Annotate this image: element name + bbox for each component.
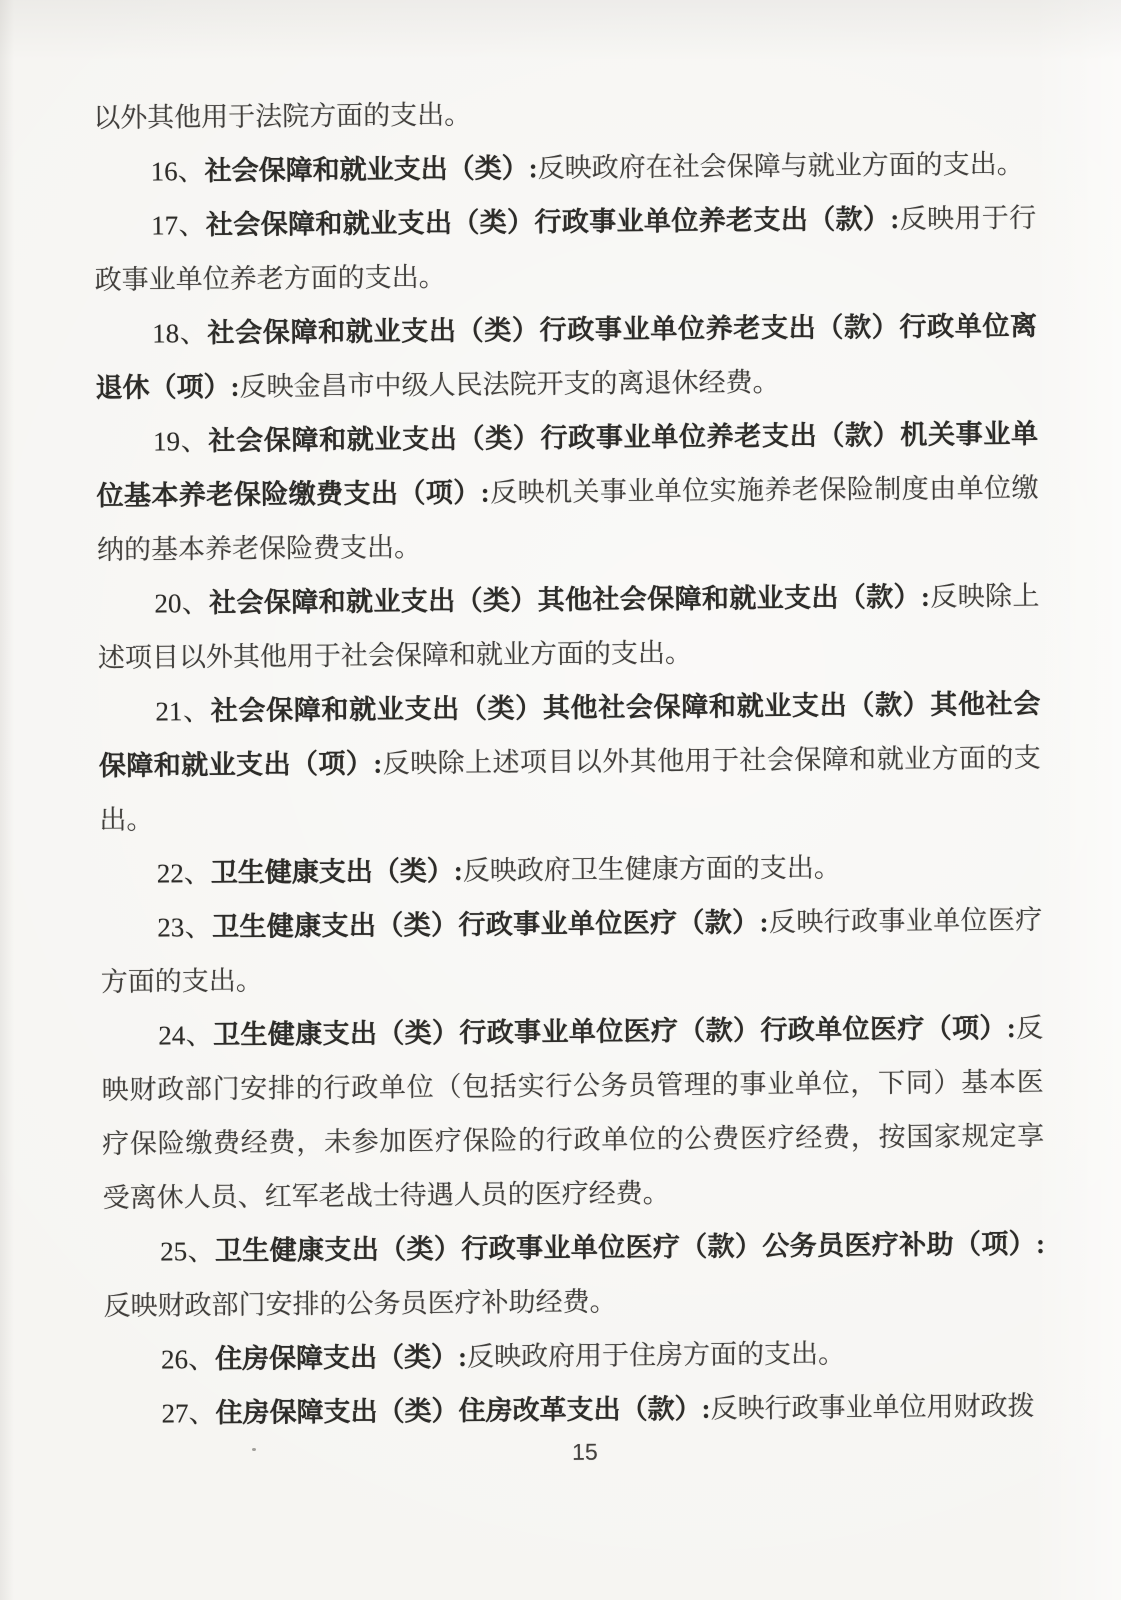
item-heading: 社会保障和就业支出（类）:: [205, 153, 538, 186]
item-heading: 社会保障和就业支出（类）其他社会保障和就业支出（款）:: [209, 582, 930, 618]
item-description: 反映行政事业单位用财政拨: [710, 1391, 1034, 1424]
item-heading: 住房保障支出（类）:: [215, 1342, 467, 1374]
item-description: 反映财政部门安排的公务员医疗补助经费。: [103, 1286, 616, 1320]
item-number: 21、: [155, 696, 211, 726]
item-description: 反映金昌市中级人民法院开支的离退休经费。: [239, 367, 779, 402]
item-number: 23、: [157, 912, 212, 942]
scan-speck-artifact: [252, 1448, 256, 1451]
item-heading: 卫生健康支出（类）行政事业单位医疗（款）公务员医疗补助（项）:: [215, 1229, 1045, 1266]
item-number: 25、: [160, 1236, 215, 1266]
paragraph: 18、社会保障和就业支出（类）行政事业单位养老支出（款）行政单位离退休（项）:反…: [95, 299, 1038, 415]
scanned-document-page: 以外其他用于法院方面的支出。16、社会保障和就业支出（类）:反映政府在社会保障与…: [0, 0, 1121, 1600]
paragraph: 26、住房保障支出（类）:反映政府用于住房方面的支出。: [104, 1325, 1046, 1387]
item-number: 20、: [154, 588, 209, 618]
paragraph: 21、社会保障和就业支出（类）其他社会保障和就业支出（款）其他社会保障和就业支出…: [98, 677, 1041, 847]
paragraph: 24、卫生健康支出（类）行政事业单位医疗（款）行政单位医疗（项）:反映财政部门安…: [101, 1001, 1045, 1225]
paragraph: 22、卫生健康支出（类）:反映政府卫生健康方面的支出。: [100, 839, 1042, 901]
paragraph: 27、住房保障支出（类）住房改革支出（款）:反映行政事业单位用财政拨: [104, 1379, 1046, 1441]
paragraph: 20、社会保障和就业支出（类）其他社会保障和就业支出（款）:反映除上述项目以外其…: [97, 569, 1040, 685]
item-description: 反映政府在社会保障与就业方面的支出。: [538, 149, 1024, 183]
item-number: 16、: [151, 156, 205, 186]
paragraph: 25、卫生健康支出（类）行政事业单位医疗（款）公务员医疗补助（项）:反映财政部门…: [103, 1217, 1046, 1333]
item-number: 24、: [158, 1020, 213, 1050]
paragraph: 19、社会保障和就业支出（类）行政事业单位养老支出（款）机关事业单位基本养老保险…: [96, 407, 1039, 577]
item-description: 以外其他用于法院方面的支出。: [93, 100, 471, 133]
item-number: 18、: [152, 318, 208, 348]
item-description: 反映政府卫生健康方面的支出。: [463, 853, 841, 886]
item-number: 27、: [161, 1398, 215, 1428]
item-heading: 卫生健康支出（类）行政事业单位医疗（款）行政单位医疗（项）:: [213, 1013, 1016, 1050]
text-block: 以外其他用于法院方面的支出。16、社会保障和就业支出（类）:反映政府在社会保障与…: [93, 83, 1047, 1441]
item-number: 26、: [161, 1344, 215, 1374]
item-description: 反映政府用于住房方面的支出。: [467, 1338, 845, 1371]
paragraph: 17、社会保障和就业支出（类）行政事业单位养老支出（款）:反映用于行政事业单位养…: [94, 191, 1037, 307]
item-heading: 卫生健康支出（类）:: [211, 856, 463, 888]
item-heading: 卫生健康支出（类）行政事业单位医疗（款）:: [212, 907, 769, 942]
paragraph: 以外其他用于法院方面的支出。: [93, 83, 1035, 145]
page-content: 以外其他用于法院方面的支出。16、社会保障和就业支出（类）:反映政府在社会保障与…: [93, 83, 1047, 1441]
page-number: 15: [535, 1438, 635, 1466]
item-number: 22、: [157, 858, 211, 888]
item-heading: 社会保障和就业支出（类）行政事业单位养老支出（款）:: [206, 204, 900, 240]
item-heading: 住房保障支出（类）住房改革支出（款）:: [215, 1394, 710, 1428]
item-number: 17、: [151, 210, 206, 240]
paragraph: 23、卫生健康支出（类）行政事业单位医疗（款）:反映行政事业单位医疗方面的支出。: [100, 893, 1043, 1009]
paragraph: 16、社会保障和就业支出（类）:反映政府在社会保障与就业方面的支出。: [93, 137, 1035, 199]
item-number: 19、: [153, 426, 209, 456]
